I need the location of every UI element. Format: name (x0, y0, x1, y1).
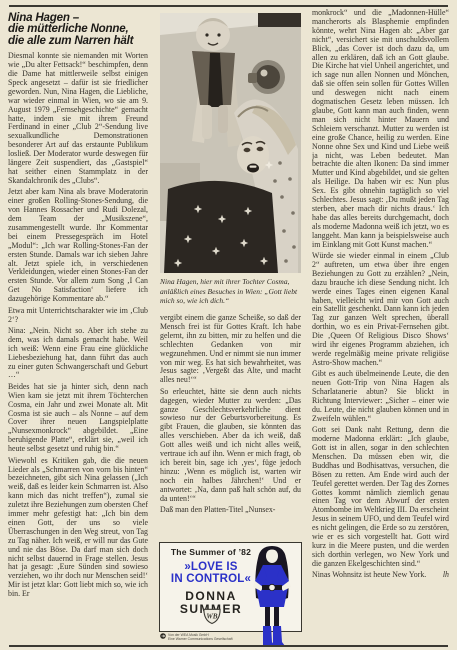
title-line: die alle zum Narren hält (8, 35, 148, 46)
svg-text:WB: WB (206, 613, 217, 621)
wb-shield-icon: WB (203, 608, 221, 630)
magazine-page: Nina Hagen – die mütterliche Nonne, die … (0, 0, 457, 650)
article-title: Nina Hagen – die mütterliche Nonne, die … (8, 12, 148, 46)
photo-caption: Nina Hagen, hier mit ihrer Tochter Cosma… (160, 277, 301, 306)
paragraph: Gott sei Dank naht Rettung, denn die mod… (312, 426, 449, 569)
paragraph: Beides hat sie ja hinter sich, denn nach… (8, 383, 148, 454)
paragraph: monkrock“ und die „Madonnen-Hülle“ manch… (312, 9, 449, 249)
paragraph: Würde sie wieder einmal in einem „Club 2… (312, 252, 449, 368)
paragraph: Jetzt aber kam Nina als brave Moderatori… (8, 188, 148, 304)
wea-logo-icon (160, 633, 166, 639)
paragraph: vergibt einem die ganze Scheiße, so daß … (160, 314, 301, 385)
column-2: vergibt einem die ganze Scheiße, so daß … (160, 314, 301, 536)
column-3: monkrock“ und die „Madonnen-Hülle“ manch… (312, 9, 449, 643)
ad-footer: Von der WEA Musik GmbH Eine Warner Commu… (160, 633, 233, 641)
paragraph: Nina: „Nein. Nicht so. Aber ich stehe zu… (8, 327, 148, 380)
nina-hagen-photo (160, 13, 301, 273)
paragraph: So erleuchtet, hätte sie denn auch nicht… (160, 388, 301, 504)
paragraph: Daß man den Platten-Titel „Nunsex- (160, 506, 301, 515)
paragraph: Etwa mit Unterrichtscharakter wie im ‚Cl… (8, 307, 148, 325)
top-rule (9, 5, 448, 7)
record-advertisement: The Summer of ’82 »LOVE IS IN CONTROL« D… (159, 542, 303, 648)
bottom-rule (9, 645, 448, 647)
author-initials: lh (443, 571, 449, 580)
photo-illustration (160, 13, 301, 273)
closing-text: Ninas Wohnsitz ist heute New York. (312, 571, 426, 580)
ad-footer-line: Eine Warner Communications Gesellschaft (168, 637, 233, 641)
column-1: Nina Hagen – die mütterliche Nonne, die … (8, 12, 148, 643)
paragraph: Gibt es auch übelmeinende Leute, die den… (312, 370, 449, 423)
paragraph: Diesmal konnte sie niemanden mit Worten … (8, 52, 148, 186)
closing-line: Ninas Wohnsitz ist heute New York. lh (312, 571, 449, 580)
donna-summer-illustration (243, 544, 301, 650)
paragraph: Wiewohl es Kritiken gab, die die neuen L… (8, 457, 148, 600)
